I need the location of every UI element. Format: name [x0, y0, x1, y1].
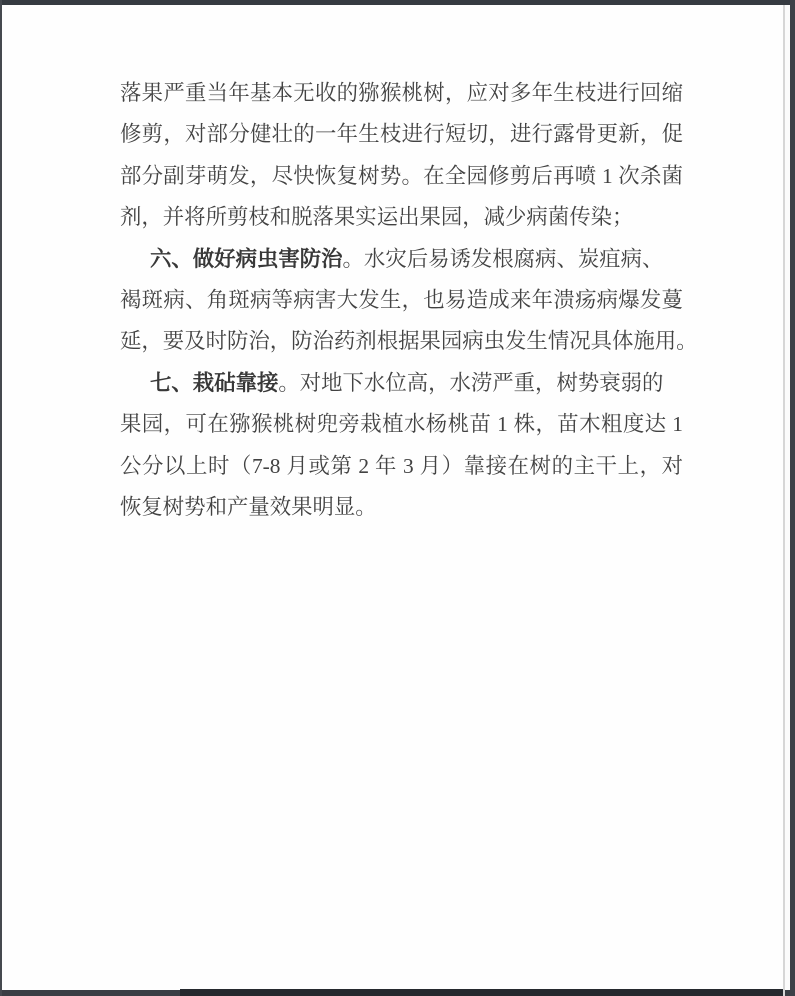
scanned-document-page: 落果严重当年基本无收的猕猴桃树，应对多年生枝进行回缩修剪，对部分健壮的一年生枝进… — [0, 0, 795, 996]
scan-edge-right — [790, 0, 795, 996]
body-text: 。水灾后易诱发根腐病、炭疽病、 — [343, 247, 664, 271]
text-line: 褐斑病、角斑病等病害大发生，也易造成来年溃疡病爆发蔓 — [120, 280, 683, 321]
text-line: 落果严重当年基本无收的猕猴桃树，应对多年生枝进行回缩 — [120, 73, 683, 114]
document-body: 落果严重当年基本无收的猕猴桃树，应对多年生枝进行回缩修剪，对部分健壮的一年生枝进… — [120, 73, 683, 528]
section-heading: 六、做好病虫害防治 — [150, 247, 343, 271]
text-line: 果园，可在猕猴桃树兜旁栽植水杨桃苗 1 株，苗木粗度达 1 — [120, 404, 683, 445]
body-text: 果园，可在猕猴桃树兜旁栽植水杨桃苗 1 株，苗木粗度达 1 — [120, 412, 683, 436]
text-line: 延，要及时防治，防治药剂根据果园病虫发生情况具体施用。 — [120, 321, 683, 362]
text-line: 公分以上时（7-8 月或第 2 年 3 月）靠接在树的主干上，对 — [120, 446, 683, 487]
body-text: 修剪，对部分健壮的一年生枝进行短切，进行露骨更新，促 — [120, 122, 683, 146]
scan-edge-bottom-dark-segment — [180, 989, 785, 996]
body-text: 延，要及时防治，防治药剂根据果园病虫发生情况具体施用。 — [120, 329, 698, 353]
text-line: 七、栽砧靠接。对地下水位高，水涝严重，树势衰弱的 — [120, 363, 683, 404]
scan-edge-left — [0, 0, 2, 996]
body-text: 剂，并将所剪枝和脱落果实运出果园，减少病菌传染； — [120, 205, 633, 229]
text-line: 修剪，对部分健壮的一年生枝进行短切，进行露骨更新，促 — [120, 114, 683, 155]
text-line: 剂，并将所剪枝和脱落果实运出果园，减少病菌传染； — [120, 197, 683, 238]
body-text: 恢复树势和产量效果明显。 — [120, 495, 377, 519]
body-text: 公分以上时（7-8 月或第 2 年 3 月）靠接在树的主干上，对 — [120, 454, 683, 478]
page-edge-line — [783, 5, 785, 996]
body-text: 褐斑病、角斑病等病害大发生，也易造成来年溃疡病爆发蔓 — [120, 288, 683, 312]
section-heading: 七、栽砧靠接 — [150, 371, 278, 395]
body-text: 部分副芽萌发，尽快恢复树势。在全园修剪后再喷 1 次杀菌 — [120, 164, 683, 188]
scan-edge-top — [0, 0, 795, 5]
body-text: 落果严重当年基本无收的猕猴桃树，应对多年生枝进行回缩 — [120, 81, 683, 105]
text-line: 六、做好病虫害防治。水灾后易诱发根腐病、炭疽病、 — [120, 239, 683, 280]
body-text: 。对地下水位高，水涝严重，树势衰弱的 — [278, 371, 663, 395]
text-line: 恢复树势和产量效果明显。 — [120, 487, 683, 528]
text-line: 部分副芽萌发，尽快恢复树势。在全园修剪后再喷 1 次杀菌 — [120, 156, 683, 197]
